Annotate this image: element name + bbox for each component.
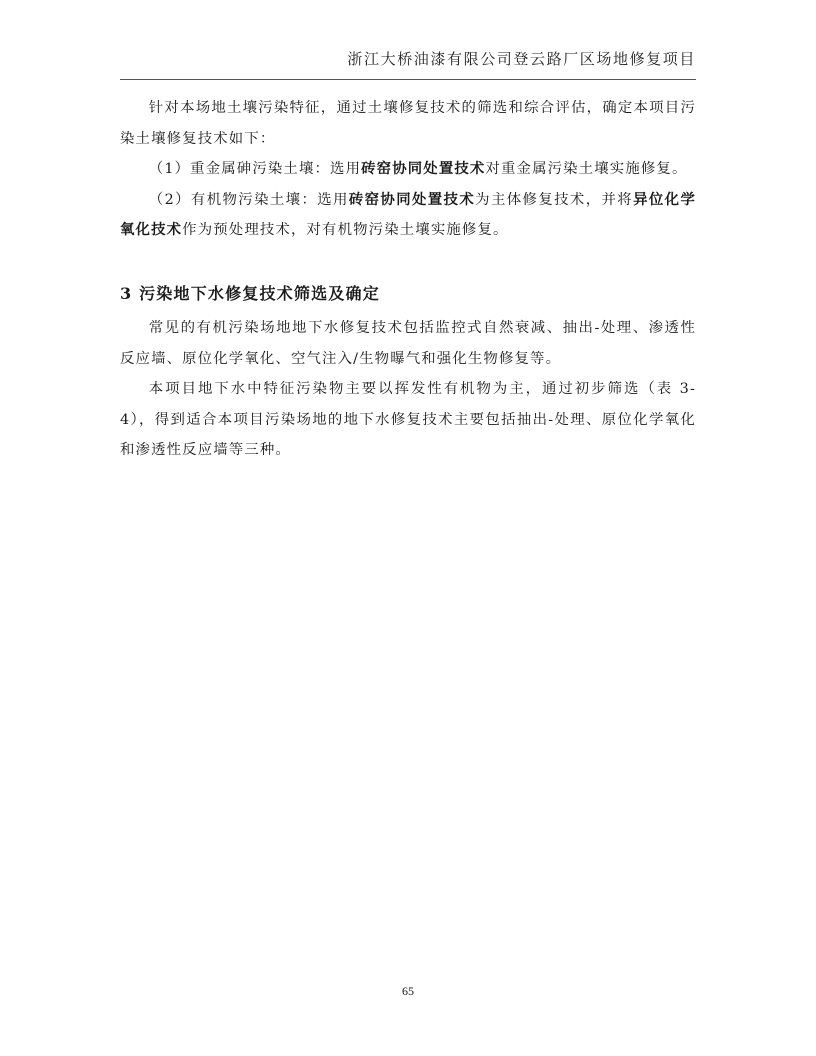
item1-bold-technique: 砖窑协同处置技术 — [361, 160, 485, 177]
page-number: 65 — [0, 984, 816, 999]
soil-item-2: （2）有机物污染土壤：选用砖窑协同处置技术为主体修复技术，并将异位化学氧化技术作… — [120, 185, 696, 246]
item2-prefix: （2）有机物污染土壤：选用 — [149, 192, 349, 208]
item1-suffix: 对重金属污染土壤实施修复。 — [485, 161, 687, 177]
item1-prefix: （1）重金属砷污染土壤：选用 — [149, 161, 361, 177]
soil-intro-paragraph: 针对本场地土壤污染特征，通过土壤修复技术的筛选和综合评估，确定本项目污染土壤修复… — [120, 93, 696, 154]
item2-middle: 为主体修复技术，并将 — [475, 192, 633, 208]
groundwater-paragraph-1: 常见的有机污染场地地下水修复技术包括监控式自然衰减、抽出-处理、渗透性反应墙、原… — [120, 313, 696, 374]
groundwater-paragraph-2: 本项目地下水中特征污染物主要以挥发性有机物为主，通过初步筛选（表 3-4），得到… — [120, 374, 696, 466]
groundwater-section: 常见的有机污染场地地下水修复技术包括监控式自然衰减、抽出-处理、渗透性反应墙、原… — [120, 313, 696, 466]
soil-remediation-section: 针对本场地土壤污染特征，通过土壤修复技术的筛选和综合评估，确定本项目污染土壤修复… — [120, 93, 696, 246]
section-heading: 3 污染地下水修复技术筛选及确定 — [120, 281, 380, 304]
header-divider — [120, 79, 696, 80]
soil-item-1: （1）重金属砷污染土壤：选用砖窑协同处置技术对重金属污染土壤实施修复。 — [120, 154, 696, 185]
item2-suffix: 作为预处理技术，对有机物污染土壤实施修复。 — [182, 222, 508, 238]
item2-bold-technique-1: 砖窑协同处置技术 — [349, 191, 475, 208]
running-header: 浙江大桥油漆有限公司登云路厂区场地修复项目 — [120, 48, 696, 69]
